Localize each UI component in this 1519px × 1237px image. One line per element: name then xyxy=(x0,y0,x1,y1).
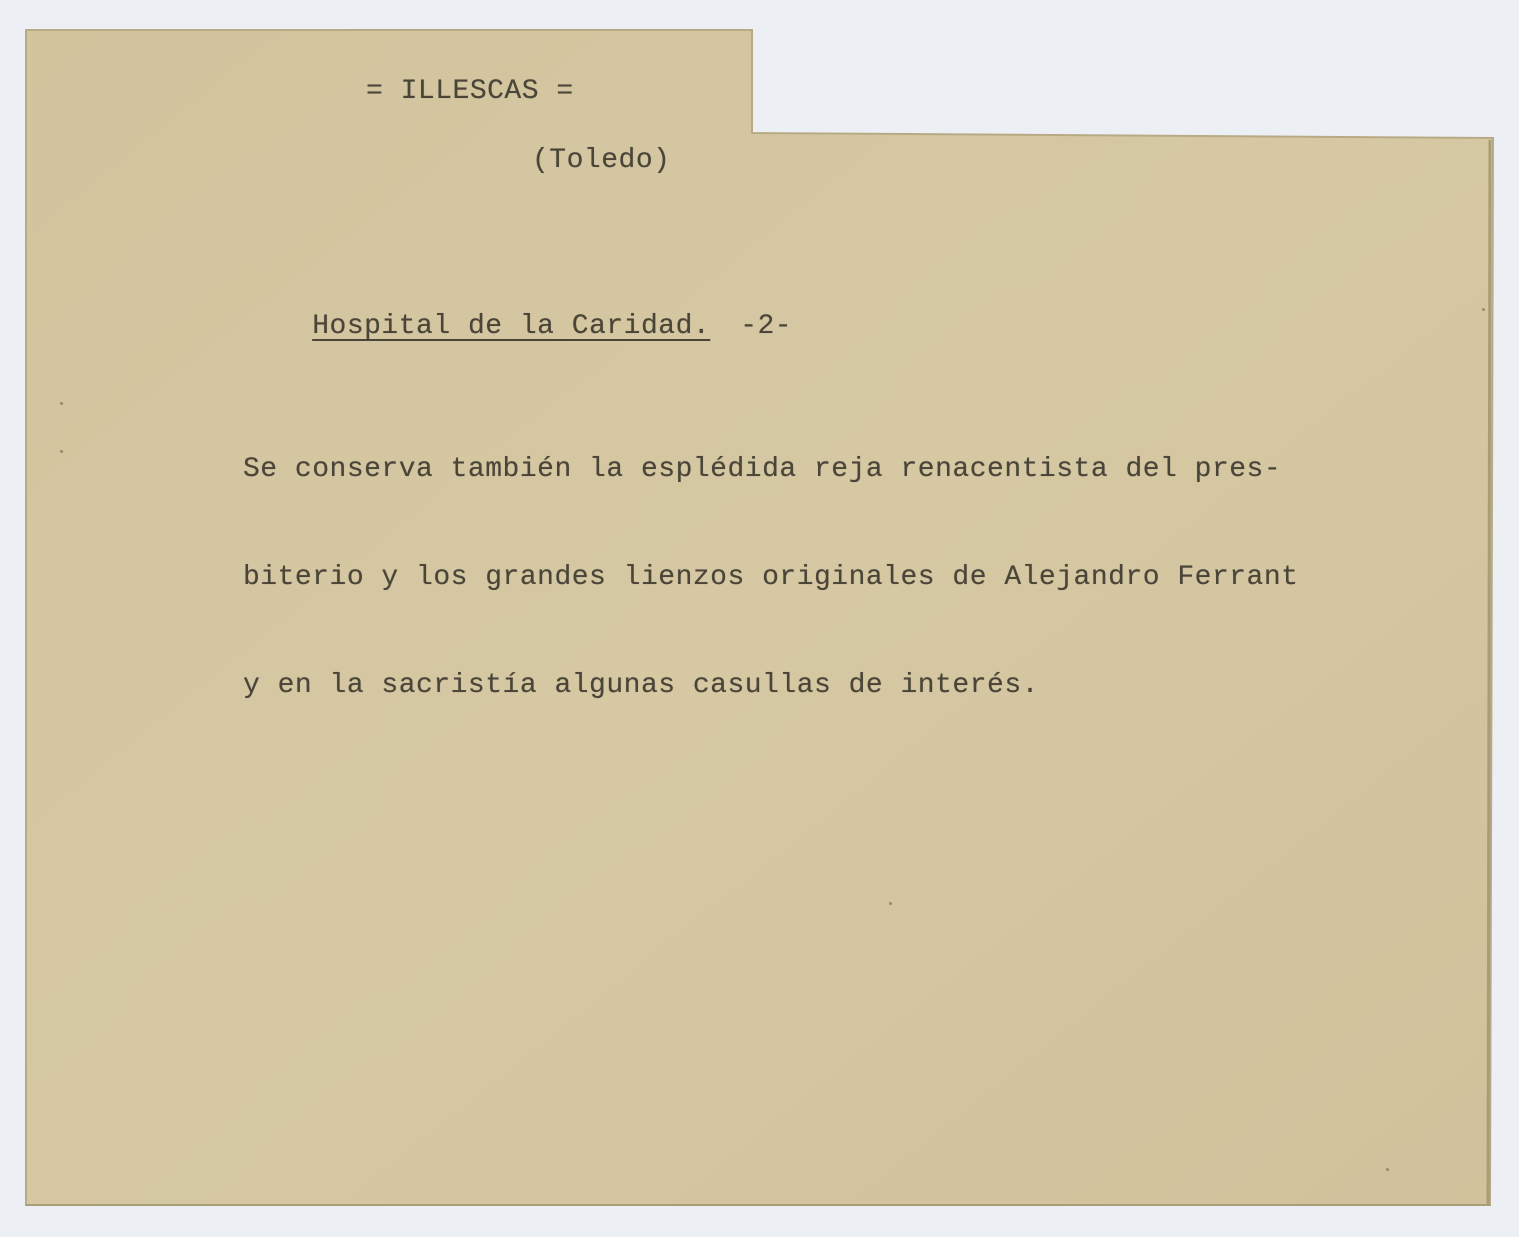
paper-speck xyxy=(1386,1168,1389,1171)
body-line: y en la sacristía algunas casullas de in… xyxy=(243,668,1298,704)
paper-speck xyxy=(60,450,63,453)
body-line: Se conserva también la esplédida reja re… xyxy=(243,452,1298,488)
page-number: -2- xyxy=(740,311,792,342)
body-text: Se conserva también la esplédida reja re… xyxy=(243,380,1298,776)
card-title: = ILLESCAS = xyxy=(366,76,574,107)
paper-speck xyxy=(60,402,63,405)
paper-speck xyxy=(889,902,892,905)
heading-text: Hospital de la Caridad. xyxy=(312,311,710,342)
body-line: biterio y los grandes lienzos originales… xyxy=(243,560,1298,596)
index-card: = ILLESCAS = (Toledo) Hospital de la Car… xyxy=(0,0,1519,1237)
section-heading: Hospital de la Caridad.-2- xyxy=(243,280,792,373)
paper-speck xyxy=(1482,308,1485,311)
card-subtitle: (Toledo) xyxy=(532,145,670,176)
